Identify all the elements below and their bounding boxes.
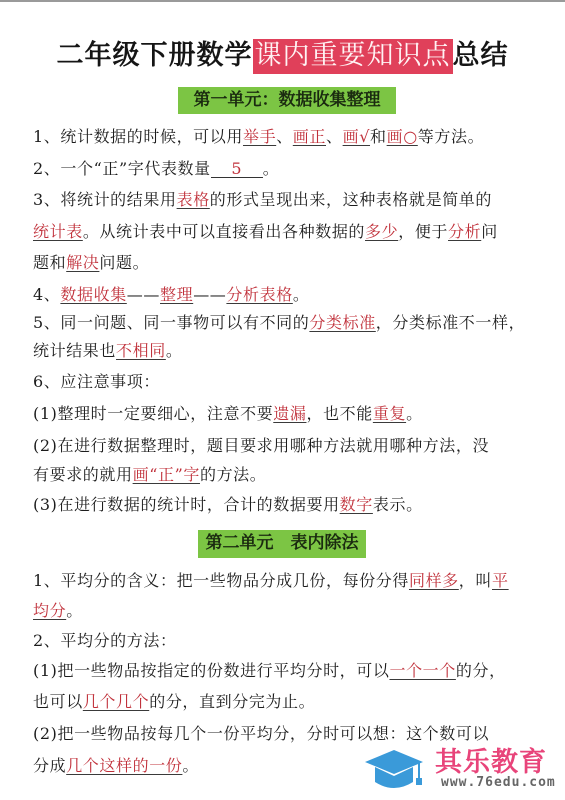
unit-1-banner: 第一单元：数据收集整理 (178, 87, 396, 114)
text-line: (3)在进行数据的统计时，合计的数据要用数字表示。 (33, 495, 423, 515)
plain-text: 。从统计表中可以直接看出各种数据的 (83, 222, 365, 241)
key-term: 画√ (343, 127, 370, 146)
plain-text: 等方法。 (418, 127, 484, 146)
key-term: 解决 (66, 253, 99, 272)
text-line: (2)在进行数据整理时，题目要求用哪种方法就用哪种方法，没 (33, 436, 489, 456)
plain-text: 统计结果也 (33, 341, 116, 360)
key-term: 分析表格 (226, 285, 292, 304)
plain-text: 3、将统计的结果用 (33, 190, 177, 209)
plain-text: 也可以 (33, 692, 83, 711)
text-line: 也可以几个几个的分，直到分完为止。 (33, 692, 315, 712)
text-line: 分成几个这样的一份。 (33, 756, 199, 776)
text-line: 6、应注意事项： (33, 372, 160, 392)
plain-text: 。 (166, 341, 183, 360)
plain-text: 2、平均分的方法： (33, 631, 177, 650)
key-term: 整理 (160, 285, 193, 304)
text-line: 统计结果也不相同。 (33, 341, 182, 361)
text-line: 有要求的就用画“正”字的方法。 (33, 465, 266, 485)
key-term: 表格 (177, 190, 210, 209)
plain-text: (1)整理时一定要细心，注意不要 (33, 404, 273, 423)
text-line: 统计表。从统计表中可以直接看出各种数据的多少，便于分析问 (33, 222, 498, 242)
text-line: 2、平均分的方法： (33, 631, 177, 651)
text-line: 4、数据收集——整理——分析表格。 (33, 285, 309, 305)
plain-text: (1)把一些物品按指定的份数进行平均分时，可以 (33, 661, 389, 680)
text-line: 1、平均分的含义：把一些物品分成几份，每份分得同样多，叫平 (33, 571, 509, 591)
key-term: 重复 (373, 404, 406, 423)
top-border (0, 0, 565, 2)
plain-text: 的分，直到分完为止。 (149, 692, 315, 711)
plain-text: 2、一个“正”字代表数量 (33, 159, 211, 178)
text-line: 3、将统计的结果用表格的形式呈现出来，这种表格就是简单的 (33, 190, 492, 210)
text-line: (1)把一些物品按指定的份数进行平均分时，可以一个一个的分， (33, 661, 506, 681)
watermark-url: www.76edu.com (441, 775, 556, 790)
plain-text: 问 (481, 222, 498, 241)
text-line: (1)整理时一定要细心，注意不要遗漏，也不能重复。 (33, 404, 423, 424)
title-highlight: 课内重要知识点 (253, 39, 453, 74)
plain-text: ，便于 (398, 222, 448, 241)
plain-text: 。 (293, 285, 310, 304)
plain-text: 。 (263, 159, 280, 178)
plain-text: 有要求的就用 (33, 465, 133, 484)
plain-text: —— (193, 285, 226, 304)
plain-text: 1、统计数据的时候，可以用 (33, 127, 243, 146)
plain-text: 。 (66, 601, 83, 620)
key-term: 一个一个 (389, 661, 455, 680)
plain-text: 6、应注意事项： (33, 372, 160, 391)
plain-text: 分成 (33, 756, 66, 775)
plain-text: ，分类标准不一样， (376, 313, 525, 332)
key-term: 遗漏 (273, 404, 306, 423)
key-term: 几个这样的一份 (66, 756, 182, 775)
key-term: 均分 (33, 601, 66, 620)
key-term: 画“正”字 (133, 465, 200, 484)
plain-text: 题和 (33, 253, 66, 272)
key-term: 同样多 (409, 571, 459, 590)
text-line: 5、同一问题、同一事物可以有不同的分类标准，分类标准不一样， (33, 313, 525, 333)
key-term: 几个几个 (83, 692, 149, 711)
plain-text: 1、平均分的含义：把一些物品分成几份，每份分得 (33, 571, 409, 590)
plain-text: (2)在进行数据整理时，题目要求用哪种方法就用哪种方法，没 (33, 436, 489, 455)
fill-blank-answer: 5 (211, 160, 263, 178)
plain-text: 、 (326, 127, 343, 146)
plain-text: 的分， (456, 661, 506, 680)
plain-text: (3)在进行数据的统计时，合计的数据要用 (33, 495, 340, 514)
key-term: 举手 (243, 127, 276, 146)
key-term: 画○ (387, 127, 418, 146)
plain-text: 和 (370, 127, 387, 146)
text-line: 题和解决问题。 (33, 253, 149, 273)
watermark-brand-name: 其乐教育 (435, 740, 547, 779)
key-term: 统计表 (33, 222, 83, 241)
title-suffix: 总结 (453, 40, 509, 71)
key-term: 画正 (293, 127, 326, 146)
plain-text: ，叫 (459, 571, 492, 590)
key-term: 多少 (365, 222, 398, 241)
key-term: 分析 (448, 222, 481, 241)
key-term: 不相同 (116, 341, 166, 360)
plain-text: —— (127, 285, 160, 304)
plain-text: 5、同一问题、同一事物可以有不同的 (33, 313, 309, 332)
plain-text: 的形式呈现出来，这种表格就是简单的 (210, 190, 492, 209)
plain-text: 。 (182, 756, 199, 775)
key-term: 数字 (340, 495, 373, 514)
graduation-cap-icon (363, 748, 425, 792)
plain-text: 的方法。 (200, 465, 266, 484)
plain-text: 问题。 (99, 253, 149, 272)
plain-text: ，也不能 (306, 404, 372, 423)
text-line: 均分。 (33, 601, 83, 621)
key-term: 分类标准 (309, 313, 375, 332)
plain-text: 。 (406, 404, 423, 423)
unit-2-banner: 第二单元 表内除法 (198, 530, 366, 558)
key-term: 平 (492, 571, 509, 590)
text-line: 2、一个“正”字代表数量5。 (33, 159, 279, 179)
page-title: 二年级下册数学课内重要知识点总结 (0, 33, 565, 72)
key-term: 数据收集 (60, 285, 126, 304)
title-prefix: 二年级下册数学 (57, 40, 253, 71)
plain-text: 4、 (33, 285, 60, 304)
text-line: 1、统计数据的时候，可以用举手、画正、画√和画○等方法。 (33, 127, 484, 147)
watermark-logo: 其乐教育 www.76edu.com (363, 740, 563, 798)
plain-text: 、 (276, 127, 293, 146)
plain-text: 表示。 (373, 495, 423, 514)
